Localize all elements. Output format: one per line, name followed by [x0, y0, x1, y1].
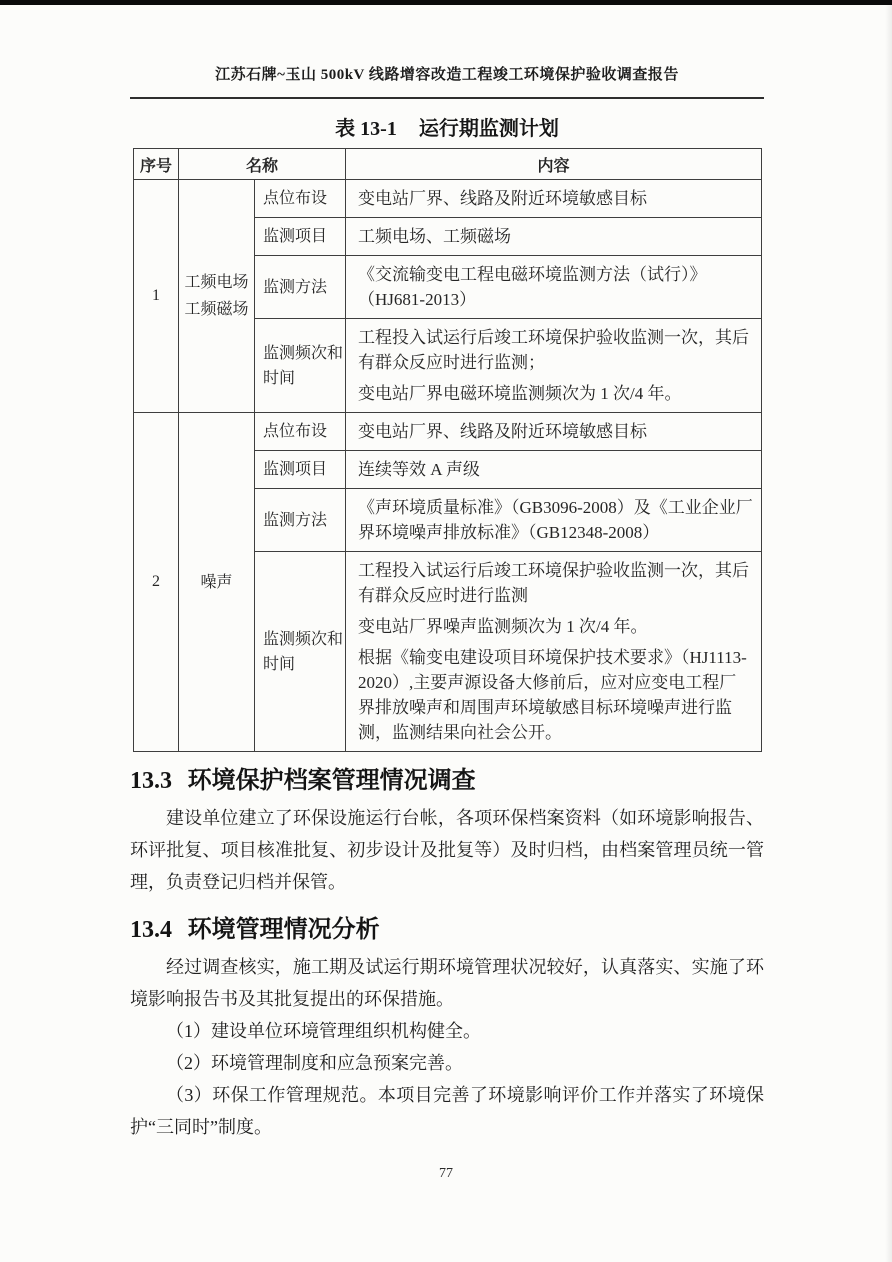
cell-row-label: 监测方法 — [255, 489, 346, 552]
section-number: 13.3 — [130, 768, 172, 794]
section-title: 环境保护档案管理情况调查 — [188, 768, 476, 794]
cell-row-label: 点位布设 — [255, 413, 346, 451]
table-caption-title: 运行期监测计划 — [419, 118, 559, 140]
section-body: 建设单位建立了环保设施运行台帐，各项环保档案资料（如环境影响报告、环评批复、项目… — [130, 802, 764, 898]
section-title: 环境管理情况分析 — [188, 917, 380, 943]
table-row: 1工频电场工频磁场点位布设变电站厂界、线路及附近环境敏感目标 — [134, 180, 762, 218]
cell-row-content: 《交流输变电工程电磁环境监测方法（试行）》（HJ681-2013） — [346, 256, 762, 319]
cell-paragraph: 变电站厂界、线路及附近环境敏感目标 — [358, 419, 753, 444]
cell-row-label: 监测方法 — [255, 256, 346, 319]
cell-row-content: 变电站厂界、线路及附近环境敏感目标 — [346, 180, 762, 218]
table-row: 2噪声点位布设变电站厂界、线路及附近环境敏感目标 — [134, 413, 762, 451]
group-name-line: 工频磁场 — [181, 296, 252, 323]
monitoring-plan-table: 序号 名称 内容 1工频电场工频磁场点位布设变电站厂界、线路及附近环境敏感目标监… — [133, 148, 762, 752]
cell-group-name: 工频电场工频磁场 — [179, 180, 255, 413]
cell-row-content: 《声环境质量标准》（GB3096-2008）及《工业企业厂界环境噪声排放标准》（… — [346, 489, 762, 552]
header-rule — [130, 97, 764, 99]
cell-row-content: 工频电场、工频磁场 — [346, 218, 762, 256]
document-section: 13.3环境保护档案管理情况调查建设单位建立了环保设施运行台帐，各项环保档案资料… — [130, 766, 764, 898]
section-paragraph: （3）环保工作管理规范。本项目完善了环境影响评价工作并落实了环境保护“三同时”制… — [130, 1079, 764, 1143]
cell-paragraph: 变电站厂界电磁环境监测频次为 1 次/4 年。 — [358, 381, 753, 406]
scanned-document-page: { "document": { "running_header": "江苏石牌~… — [0, 0, 892, 1262]
cell-row-label: 监测频次和时间 — [255, 319, 346, 413]
section-paragraph: 经过调查核实，施工期及试运行期环境管理状况较好，认真落实、实施了环境影响报告书及… — [130, 951, 764, 1015]
header-cell-name: 名称 — [179, 149, 346, 180]
cell-row-content: 变电站厂界、线路及附近环境敏感目标 — [346, 413, 762, 451]
cell-row-label: 监测项目 — [255, 218, 346, 256]
table-caption-number: 表 13-1 — [335, 118, 397, 140]
monitoring-table-body: 1工频电场工频磁场点位布设变电站厂界、线路及附近环境敏感目标监测项目工频电场、工… — [134, 180, 762, 752]
cell-row-label: 点位布设 — [255, 180, 346, 218]
cell-row-content: 连续等效 A 声级 — [346, 451, 762, 489]
section-heading: 13.4环境管理情况分析 — [130, 915, 764, 945]
group-name-line: 工频电场 — [181, 269, 252, 296]
cell-paragraph: 《声环境质量标准》（GB3096-2008）及《工业企业厂界环境噪声排放标准》（… — [358, 495, 753, 545]
table-header-row: 序号 名称 内容 — [134, 149, 762, 180]
header-cell-index: 序号 — [134, 149, 179, 180]
header-cell-content: 内容 — [346, 149, 762, 180]
page-content: 江苏石牌~玉山 500kV 线路增容改造工程竣工环境保护验收调查报告 表 13-… — [0, 0, 892, 1143]
cell-paragraph: 变电站厂界、线路及附近环境敏感目标 — [358, 186, 753, 211]
section-heading: 13.3环境保护档案管理情况调查 — [130, 766, 764, 796]
scan-top-edge-bar — [0, 0, 892, 5]
cell-paragraph: 工频电场、工频磁场 — [358, 224, 753, 249]
cell-row-label: 监测项目 — [255, 451, 346, 489]
cell-group-index: 1 — [134, 180, 179, 413]
section-body: 经过调查核实，施工期及试运行期环境管理状况较好，认真落实、实施了环境影响报告书及… — [130, 951, 764, 1143]
section-paragraph: （2）环境管理制度和应急预案完善。 — [130, 1047, 764, 1079]
section-paragraph: （1）建设单位环境管理组织机构健全。 — [130, 1015, 764, 1047]
section-number: 13.4 — [130, 917, 172, 943]
cell-row-label: 监测频次和时间 — [255, 552, 346, 752]
cell-paragraph: 连续等效 A 声级 — [358, 457, 753, 482]
page-number: 77 — [0, 1166, 892, 1182]
cell-group-name: 噪声 — [179, 413, 255, 752]
sections-container: 13.3环境保护档案管理情况调查建设单位建立了环保设施运行台帐，各项环保档案资料… — [130, 766, 764, 1143]
cell-group-index: 2 — [134, 413, 179, 752]
cell-paragraph: 工程投入试运行后竣工环境保护验收监测一次，其后有群众反应时进行监测 — [358, 558, 753, 608]
running-header-title: 江苏石牌~玉山 500kV 线路增容改造工程竣工环境保护验收调查报告 — [130, 66, 764, 84]
cell-row-content: 工程投入试运行后竣工环境保护验收监测一次，其后有群众反应时进行监测；变电站厂界电… — [346, 319, 762, 413]
cell-paragraph: 根据《输变电建设项目环境保护技术要求》（HJ1113-2020）,主要声源设备大… — [358, 645, 753, 745]
cell-paragraph: 变电站厂界噪声监测频次为 1 次/4 年。 — [358, 614, 753, 639]
cell-paragraph: 工程投入试运行后竣工环境保护验收监测一次，其后有群众反应时进行监测； — [358, 325, 753, 375]
cell-row-content: 工程投入试运行后竣工环境保护验收监测一次，其后有群众反应时进行监测变电站厂界噪声… — [346, 552, 762, 752]
table-caption: 表 13-1运行期监测计划 — [130, 112, 764, 141]
section-paragraph: 建设单位建立了环保设施运行台帐，各项环保档案资料（如环境影响报告、环评批复、项目… — [130, 802, 764, 898]
group-name-line: 噪声 — [181, 569, 252, 596]
scan-right-edge-shadow — [885, 0, 892, 1262]
cell-paragraph: 《交流输变电工程电磁环境监测方法（试行）》（HJ681-2013） — [358, 262, 753, 312]
document-section: 13.4环境管理情况分析经过调查核实，施工期及试运行期环境管理状况较好，认真落实… — [130, 915, 764, 1143]
